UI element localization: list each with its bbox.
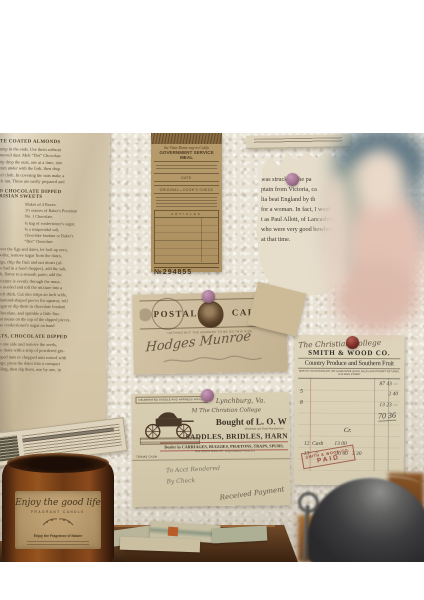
candle-label: Enjoy the good life FRAGRANT CANDLE Enjo… [15, 491, 101, 549]
jar-opening [7, 453, 109, 473]
smith-wood-receipt: The Christian College SMITH & WOOD CO. C… [294, 335, 405, 486]
candle-label-microtext [27, 541, 89, 545]
portrait-medallion [197, 301, 224, 329]
smith-margin-numbers: 5 8 [300, 387, 303, 409]
metal-pot [296, 468, 424, 562]
smith-company-name: SMITH & WOOD CO. [298, 349, 400, 358]
meal-ticket-ruled-rows [155, 218, 218, 262]
saddlery-bought-of: Bought of L. O. W [216, 416, 287, 427]
carriage-caption-box [140, 437, 200, 445]
candle-label-sub: Enjoy the Fragrance of Nature [15, 534, 101, 538]
photo-canvas: TE COATED ALMONDS ump in the ends. Use t… [0, 0, 424, 600]
saddlery-signature: Received Payment [219, 485, 285, 502]
pushpin-postal-card [202, 290, 215, 303]
pushpin-saddlery-receipt [201, 389, 214, 402]
background-sheet-microtext [254, 137, 342, 144]
saddlery-banner: CELEBRATED SADDLE AND HARNESS HOUSE [135, 396, 207, 404]
meal-ticket-date-label: DATE [154, 173, 219, 182]
postmark-circle-icon [148, 295, 186, 333]
laurel-wreath-icon [41, 517, 75, 527]
smith-ledger-table: 5 8 87 43 — 2 40 13 23 — 70 36 Cr. 12 Ca… [298, 378, 400, 472]
recipe-ingredients: Makes of 4 Boxes: 1½ ounces of Baker's P… [0, 202, 104, 246]
paper-money-orange-mark [168, 527, 179, 537]
candle-label-script: Enjoy the good life [15, 498, 101, 508]
candle-label-name: FRAGRANT CANDLE [15, 510, 101, 514]
smith-address: 1109 MAIN STREET [298, 373, 400, 377]
faded-handwriting-squiggle [163, 354, 263, 366]
meal-ticket-serial: №294855 [154, 267, 219, 276]
smith-total: 70 36 [378, 411, 397, 422]
recipe-book-page: TE COATED ALMONDS ump in the ends. Use t… [0, 133, 110, 432]
saddlery-terms: TERMS CASH [136, 455, 157, 459]
saddlery-to-line: M The Christian College [192, 407, 261, 414]
paper-money-3 [212, 526, 268, 544]
meal-ticket-title: GOVERNMENT SERVICE MEAL [154, 150, 219, 162]
meal-ticket-microtext-2 [156, 197, 217, 207]
recipe-heading-dipped: D CHOCOLATE DIPPED RISIAN SWEETS [0, 190, 104, 201]
meal-ticket-articles-label: ARTICLES [155, 211, 218, 218]
carriage-engraving-icon [140, 411, 198, 440]
photo-area: TE COATED ALMONDS ump in the ends. Use t… [0, 133, 424, 562]
saddlery-phone-line: WHITMAN & WILBURN · Long Distance Phone … [162, 449, 288, 453]
meal-ticket-original-label: ORIGINAL—COOK'S CHECK [154, 185, 219, 194]
saddlery-handwriting: To Acct Rendered By Check [166, 464, 221, 488]
flower-edge-blur [320, 175, 350, 293]
meal-ticket-articles-table: ARTICLES [154, 210, 219, 264]
pushpin-smith-receipt [346, 336, 359, 349]
flower-cream-blur [354, 149, 406, 211]
recipe-para-figs: over the figs and dates, let boil up onc… [0, 246, 103, 330]
candle-jar: Enjoy the good life FRAGRANT CANDLE Enjo… [2, 453, 114, 562]
saddlery-wholesale-line: Wholesale and Retail Manufacturer [245, 427, 284, 430]
pushpin-torn-page [286, 173, 299, 186]
recipe-para-dates: on one side and remove the seeds, the da… [0, 341, 102, 374]
paper-money-4 [120, 537, 200, 553]
flower-pink-blur-2 [334, 261, 418, 333]
saddlery-main-line: SADDLES, BRIDLES, HARN [186, 431, 288, 441]
smith-amounts: 87 43 — 2 40 13 23 — [379, 379, 398, 410]
smith-tagline: Country Produce and Southern Fruit [298, 358, 400, 370]
smith-credit-label: Cr. [344, 427, 352, 434]
recipe-para-almonds: ump in the ends. Use them without moved … [0, 146, 105, 186]
meal-ticket-engraving [151, 133, 222, 144]
meal-ticket-microtext-1 [156, 165, 217, 170]
saddlery-place-date: Lynchburg, Va. [216, 396, 266, 405]
meal-ticket: the Vista-Dome way to Califo GOVERNMENT … [151, 133, 222, 272]
recipe-heading-dates: ATS, CHOCOLATE DIPPED [0, 334, 102, 340]
saddlery-receipt: CELEBRATED SADDLE AND HARNESS HOUSE Lync… [131, 392, 290, 507]
background-sheet-edge [246, 134, 350, 149]
recipe-heading-almonds: TE COATED ALMONDS [0, 139, 105, 145]
